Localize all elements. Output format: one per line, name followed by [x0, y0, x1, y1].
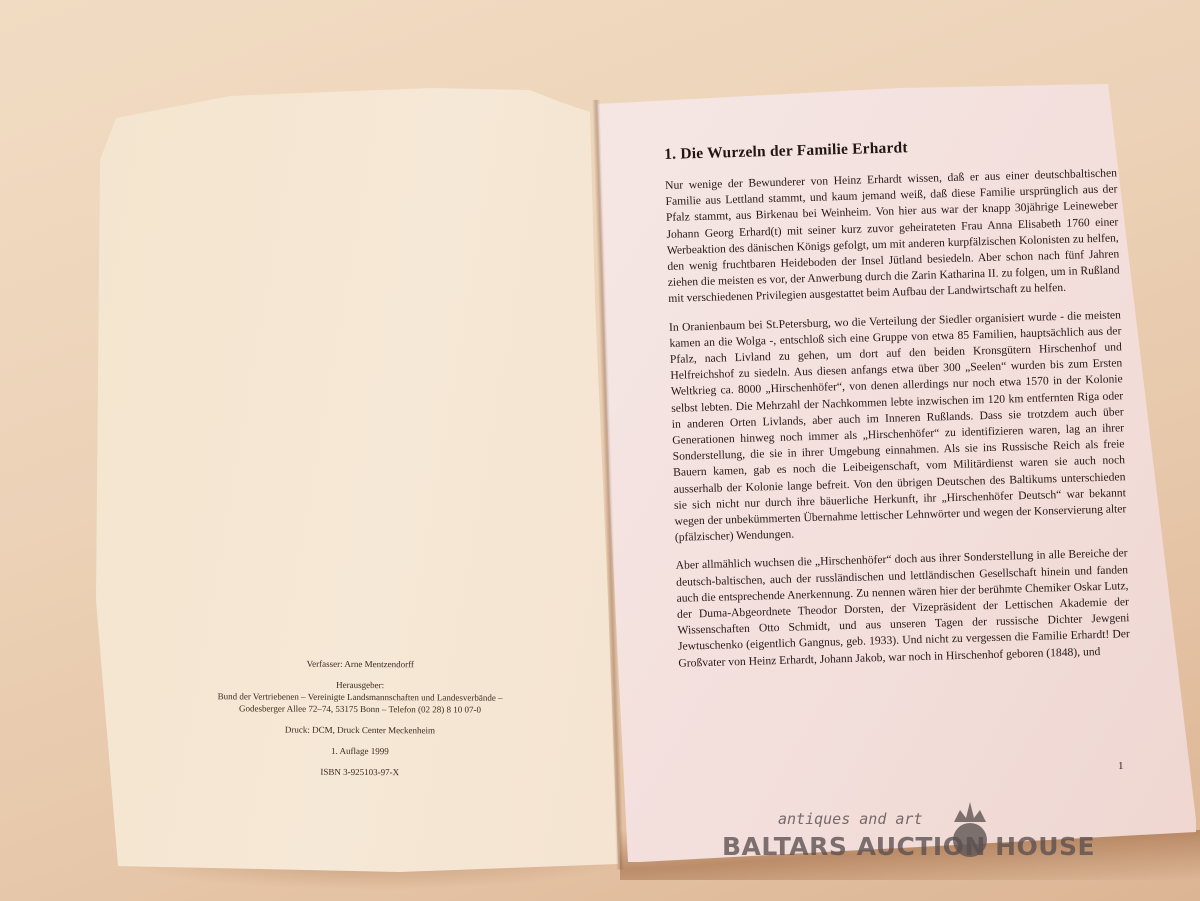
paragraph-2: In Oranienbaum bei St.Petersburg, wo die… — [669, 307, 1127, 546]
colophon: Verfasser: Arne Mentzendorff Herausgeber… — [150, 657, 571, 788]
publisher-address: Godesberger Allee 72–74, 53175 Bonn – Te… — [150, 702, 570, 716]
photo-scene: Verfasser: Arne Mentzendorff Herausgeber… — [0, 0, 1200, 901]
paragraph-3: Aber allmählich wuchsen die „Hirschenhöf… — [676, 546, 1131, 672]
edition-line: 1. Auflage 1999 — [150, 744, 570, 758]
printer-line: Druck: DCM, Druck Center Meckenheim — [150, 723, 570, 737]
watermark-tagline: antiques and art — [778, 810, 923, 828]
isbn-line: ISBN 3-925103-97-X — [150, 765, 570, 779]
author-line: Verfasser: Arne Mentzendorff — [150, 657, 570, 671]
page-number: 1 — [1118, 760, 1124, 772]
watermark: antiques and art BALTARS AUCTION HOUSE — [722, 800, 1122, 870]
chapter-text: 1. Die Wurzeln der Familie Erhardt Nur w… — [664, 133, 1131, 683]
watermark-name: BALTARS AUCTION HOUSE — [722, 832, 1095, 861]
paragraph-1: Nur wenige der Bewunderer von Heinz Erha… — [665, 165, 1120, 307]
